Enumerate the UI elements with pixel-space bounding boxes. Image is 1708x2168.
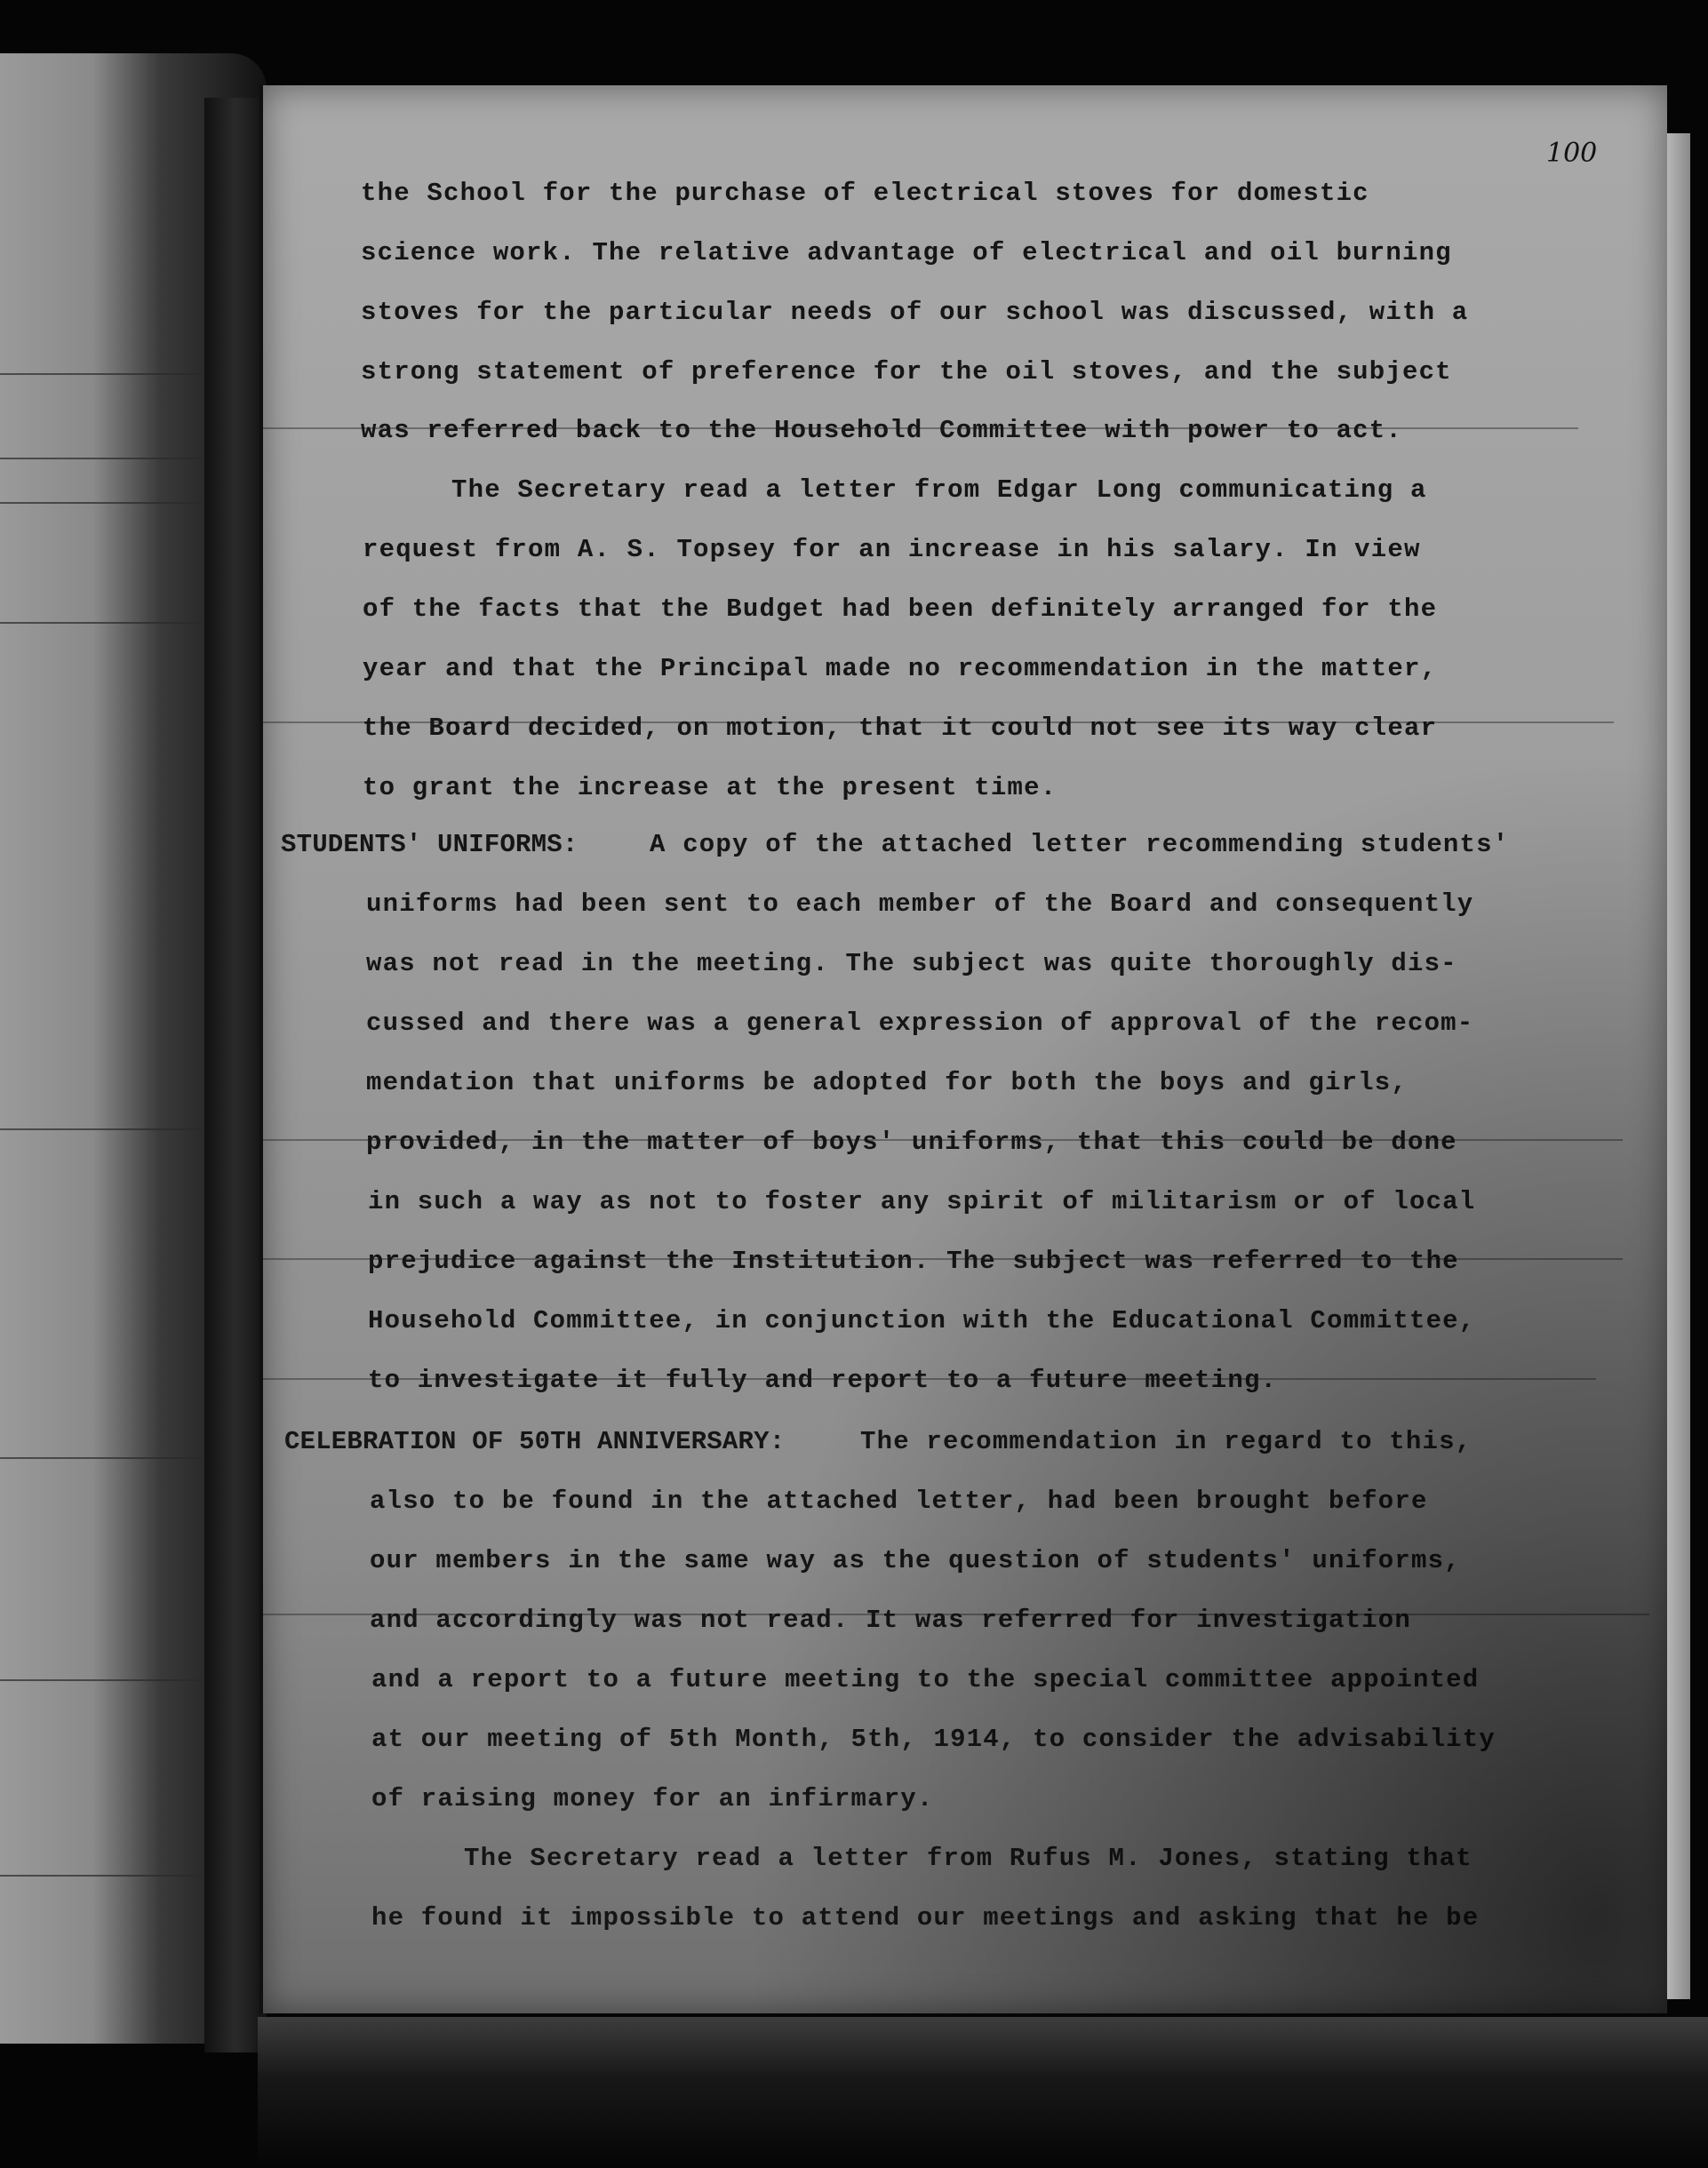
text-line: was not read in the meeting. The subject… [366,949,1457,978]
page-edge [1664,133,1690,1999]
text-line: at our meeting of 5th Month, 5th, 1914, … [371,1725,1496,1754]
text-line: Household Committee, in conjunction with… [368,1306,1475,1335]
text-line: year and that the Principal made no reco… [363,654,1437,683]
text-line: of raising money for an infirmary. [371,1784,934,1813]
text-line: A copy of the attached letter recommendi… [650,830,1509,859]
page-bottom-shadow [258,2017,1708,2168]
text-line: The Secretary read a letter from Edgar L… [451,475,1427,505]
text-line: mendation that uniforms be adopted for b… [366,1068,1408,1097]
document-page: the School for the purchase of electrica… [259,85,1667,2013]
text-line: in such a way as not to foster any spiri… [368,1187,1475,1216]
text-line: our members in the same way as the quest… [370,1546,1461,1575]
text-line: he found it impossible to attend our mee… [371,1903,1479,1933]
text-line: prejudice against the Institution. The s… [368,1247,1459,1276]
book-gutter [204,98,267,2052]
text-line: to grant the increase at the present tim… [363,773,1057,802]
text-line: to investigate it fully and report to a … [368,1366,1277,1395]
text-line: and a report to a future meeting to the … [371,1665,1479,1694]
text-line: stoves for the particular needs of our s… [361,298,1468,327]
text-line: The Secretary read a letter from Rufus M… [464,1844,1473,1873]
text-line: strong statement of preference for the o… [361,357,1452,387]
text-line: science work. The relative advantage of … [361,238,1452,267]
text-line: of the facts that the Budget had been de… [363,594,1437,624]
text-line: uniforms had been sent to each member of… [366,889,1473,919]
text-line: the Board decided, on motion, that it co… [363,713,1437,743]
text-line: the School for the purchase of electrica… [361,179,1369,208]
text-line: also to be found in the attached letter,… [370,1487,1428,1516]
page-number: 100 [1546,138,1597,169]
text-line: and accordingly was not read. It was ref… [370,1606,1411,1635]
text-line: provided, in the matter of boys' uniform… [366,1128,1457,1157]
text-line: request from A. S. Topsey for an increas… [363,535,1421,564]
text-line: was referred back to the Household Commi… [361,416,1402,445]
text-line: cussed and there was a general expressio… [366,1008,1473,1038]
section-heading: CELEBRATION OF 50TH ANNIVERSARY: [284,1427,785,1456]
text-line: The recommendation in regard to this, [860,1427,1472,1456]
section-heading: STUDENTS' UNIFORMS: [281,830,578,859]
